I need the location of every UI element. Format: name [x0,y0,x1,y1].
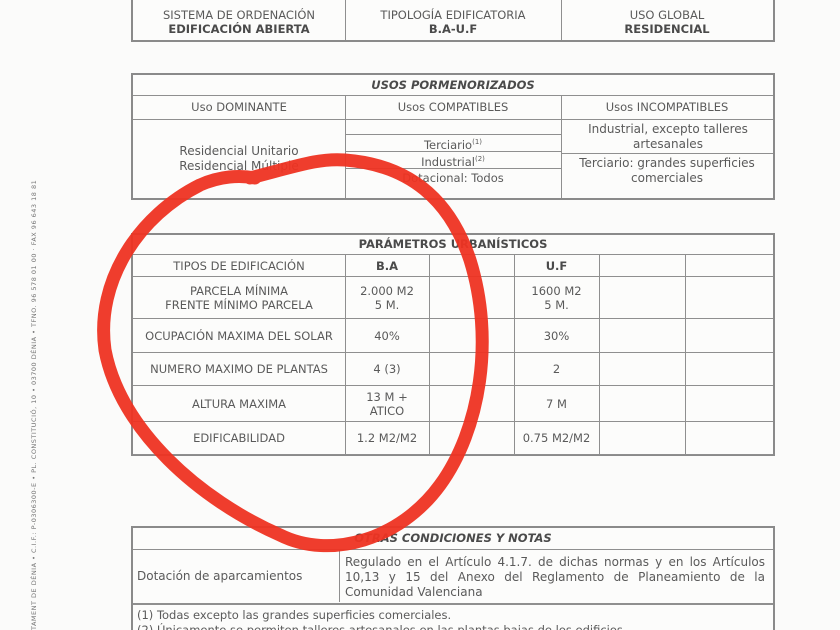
param-uf: 1600 M25 M. [514,277,599,318]
param-label: EDIFICABILIDAD [133,422,345,454]
label: SISTEMA DE ORDENACIÓN [163,8,315,22]
param-uf: 7 M [514,386,599,421]
param-label: OCUPACIÓN MAXIMA DEL SOLAR [133,319,345,352]
param-uf: 30% [514,319,599,352]
aparcamientos-text: Regulado en el Artículo 4.1.7. de dichas… [345,555,765,600]
note-2: (2) Únicamente se permiten talleres arte… [137,623,627,630]
param-uf: 0.75 M2/M2 [514,422,599,454]
value: B.A-U.F [429,22,477,36]
param-label: NUMERO MAXIMO DE PLANTAS [133,353,345,385]
param-header-2 [429,255,514,276]
param-header-1: B.A [345,255,429,276]
compatible-terciario: Terciario(1) [345,135,561,151]
header-dominante: Uso DOMINANTE [133,96,345,118]
dominante-1: Residencial Unitario [179,144,298,159]
sistema-ordenacion: SISTEMA DE ORDENACIÓN EDIFICACIÓN ABIERT… [133,4,345,40]
param-header-3: U.F [514,255,599,276]
param-header-5 [685,255,773,276]
note-1: (1) Todas excepto las grandes superficie… [137,608,451,622]
incompatible-terciario: Terciario: grandes superficies comercial… [569,154,765,188]
summary-table: SISTEMA DE ORDENACIÓN EDIFICACIÓN ABIERT… [131,0,775,42]
param-label: PARCELA MÍNIMAFRENTE MÍNIMO PARCELA [133,277,345,318]
label: TIPOLOGÍA EDIFICATORIA [380,8,525,22]
header-incompatibles: Usos INCOMPATIBLES [561,96,773,118]
usos-title: USOS PORMENORIZADOS [133,75,773,95]
uso-global: USO GLOBAL RESIDENCIAL [561,4,773,40]
param-header-0: TIPOS DE EDIFICACIÓN [133,255,345,276]
usos-pormenorizados-table: USOS PORMENORIZADOS Uso DOMINANTE Usos C… [131,73,775,200]
value: EDIFICACIÓN ABIERTA [168,22,309,36]
param-header-4 [599,255,685,276]
param-ba: 13 M +ATICO [345,386,429,421]
tipologia-edificatoria: TIPOLOGÍA EDIFICATORIA B.A-U.F [345,4,561,40]
param-label: ALTURA MAXIMA [133,386,345,421]
letterhead-side-text: TAMENT DE DÉNIA • C.I.F.: P-0306300-E • … [30,180,38,630]
value: RESIDENCIAL [624,22,709,36]
parametros-title: PARÁMETROS URBANÍSTICOS [133,235,773,253]
incompatible-industrial: Industrial, excepto talleres artesanales [573,120,763,154]
compatible-industrial: Industrial(2) [345,152,561,168]
header-compatibles: Usos COMPATIBLES [345,96,561,118]
dominante-2: Residencial Múltiple [179,159,298,174]
label: USO GLOBAL [630,8,705,22]
condiciones-table: OTRAS CONDICIONES Y NOTAS Dotación de ap… [131,526,775,630]
param-ba: 2.000 M25 M. [345,277,429,318]
param-ba: 40% [345,319,429,352]
param-ba: 4 (3) [345,353,429,385]
uso-dominante: Residencial Unitario Residencial Múltipl… [133,120,345,198]
parametros-urbanisticos-table: PARÁMETROS URBANÍSTICOS TIPOS DE EDIFICA… [131,233,775,456]
compatible-dotacional: Dotacional: Todos [345,169,561,187]
condiciones-title: OTRAS CONDICIONES Y NOTAS [133,528,773,548]
param-ba: 1.2 M2/M2 [345,422,429,454]
aparcamientos-label: Dotación de aparcamientos [133,550,339,602]
param-uf: 2 [514,353,599,385]
